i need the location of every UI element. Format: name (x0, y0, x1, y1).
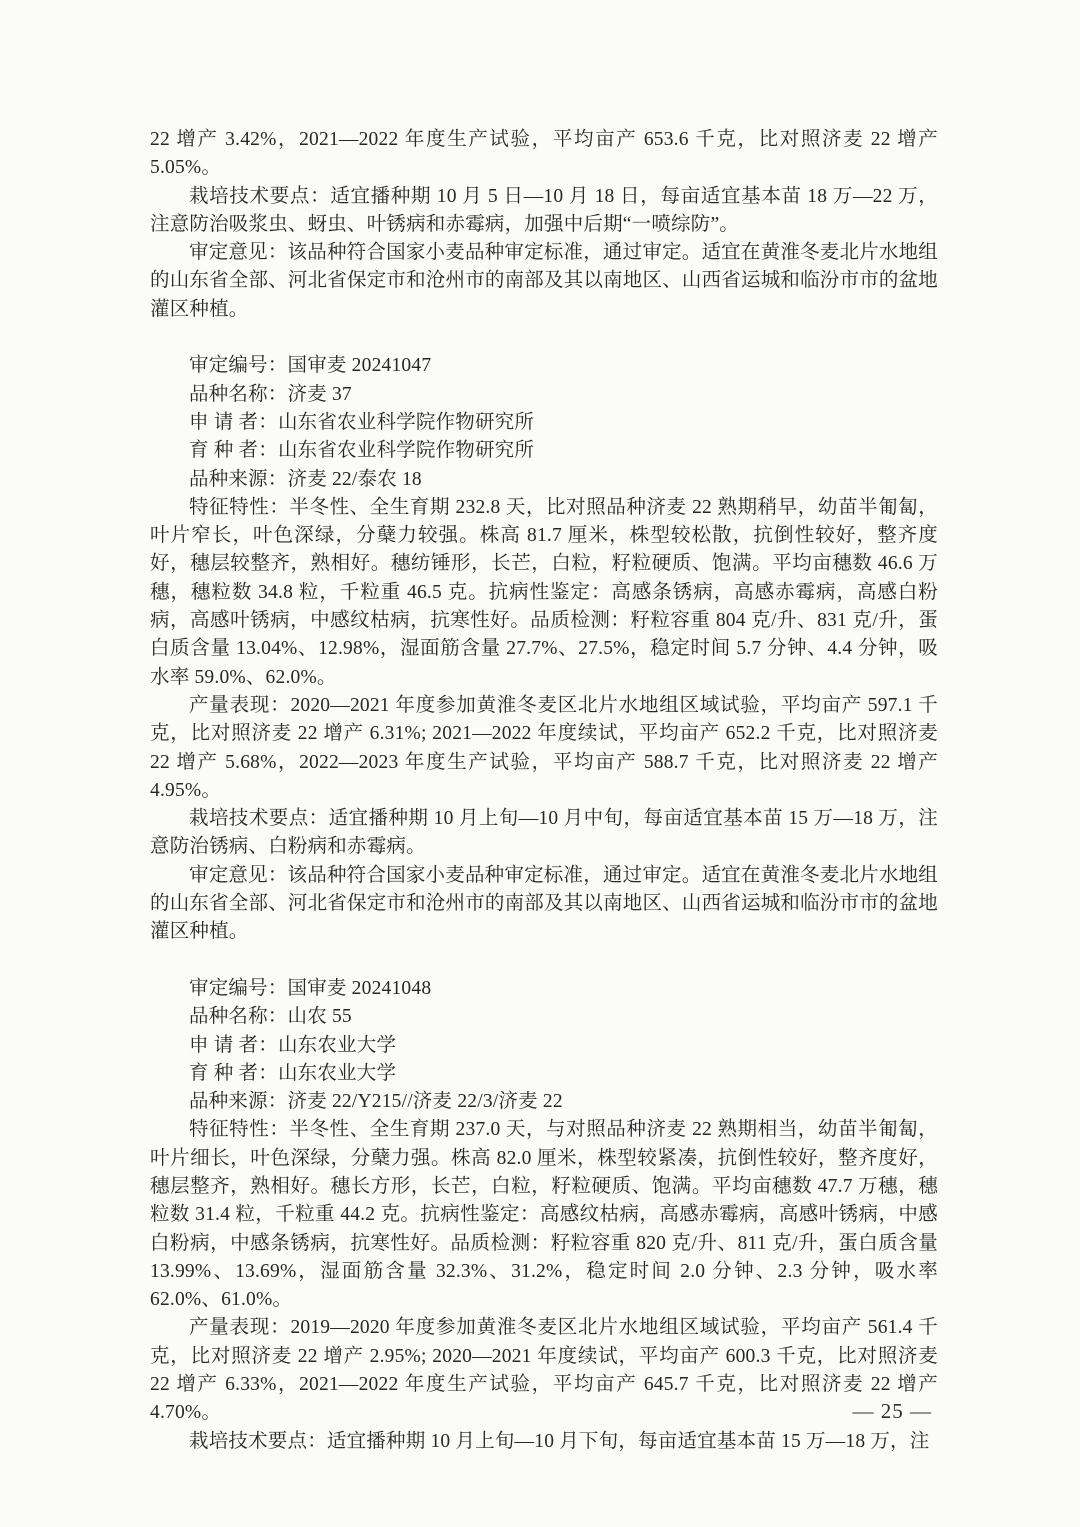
yield-paragraph: 产量表现：2020—2021 年度参加黄淮冬麦区北片水地组区域试验，平均亩产 5… (150, 692, 938, 805)
variety-section-jimai-37: 审定编号：国审麦 20241047 品种名称：济麦 37 申 请 者：山东省农业… (150, 352, 938, 946)
approval-opinion-paragraph: 审定意见：该品种符合国家小麦品种审定标准，通过审定。适宜在黄淮冬麦北片水地组的山… (150, 862, 938, 947)
variety-section-shannong-55: 审定编号：国审麦 20241048 品种名称：山农 55 申 请 者：山东农业大… (150, 975, 938, 1456)
applicant-line: 申 请 者：山东省农业科学院作物研究所 (150, 409, 938, 437)
yield-paragraph-continued: 22 增产 3.42%，2021—2022 年度生产试验，平均亩产 653.6 … (150, 126, 938, 183)
page-footer: — 25 — (853, 1399, 933, 1424)
variety-name-line: 品种名称：山农 55 (150, 1003, 938, 1031)
approval-number-line: 审定编号：国审麦 20241047 (150, 352, 938, 380)
characteristics-paragraph: 特征特性：半冬性、全生育期 237.0 天，与对照品种济麦 22 熟期相当，幼苗… (150, 1116, 938, 1314)
document-page: 22 增产 3.42%，2021—2022 年度生产试验，平均亩产 653.6 … (0, 0, 1080, 1527)
yield-paragraph: 产量表现：2019—2020 年度参加黄淮冬麦区北片水地组区域试验，平均亩产 5… (150, 1314, 938, 1427)
cultivation-paragraph-truncated: 栽培技术要点：适宜播种期 10 月上旬—10 月下旬，每亩适宜基本苗 15 万—… (150, 1428, 938, 1456)
applicant-line: 申 请 者：山东农业大学 (150, 1032, 938, 1060)
page-body: 22 增产 3.42%，2021—2022 年度生产试验，平均亩产 653.6 … (150, 126, 938, 1456)
breeder-line: 育 种 者：山东省农业科学院作物研究所 (150, 437, 938, 465)
variety-name-line: 品种名称：济麦 37 (150, 381, 938, 409)
characteristics-paragraph: 特征特性：半冬性、全生育期 232.8 天，比对照品种济麦 22 熟期稍早，幼苗… (150, 494, 938, 692)
breeder-line: 育 种 者：山东农业大学 (150, 1060, 938, 1088)
cultivation-paragraph: 栽培技术要点：适宜播种期 10 月 5 日—10 月 18 日，每亩适宜基本苗 … (150, 183, 938, 240)
variety-source-line: 品种来源：济麦 22/Y215//济麦 22/3/济麦 22 (150, 1088, 938, 1116)
page-number: — 25 — (853, 1399, 933, 1423)
variety-source-line: 品种来源：济麦 22/泰农 18 (150, 466, 938, 494)
approval-opinion-paragraph: 审定意见：该品种符合国家小麦品种审定标准，通过审定。适宜在黄淮冬麦北片水地组的山… (150, 239, 938, 324)
approval-number-line: 审定编号：国审麦 20241048 (150, 975, 938, 1003)
cultivation-paragraph: 栽培技术要点：适宜播种期 10 月上旬—10 月中旬，每亩适宜基本苗 15 万—… (150, 805, 938, 862)
